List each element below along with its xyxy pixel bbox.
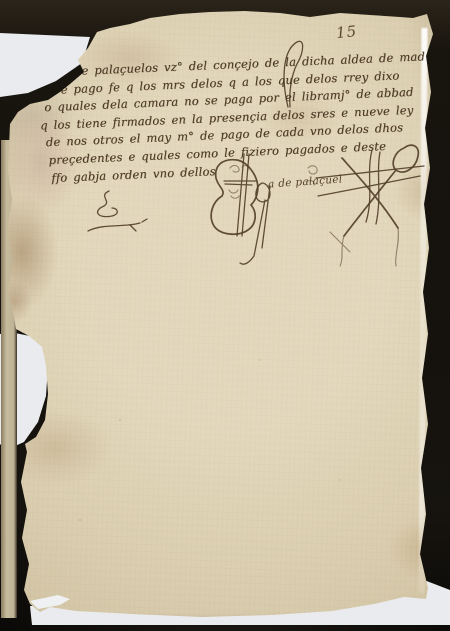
handwritten-text-block: de palaçuelos vz° del conçejo de la dich… [38,48,447,188]
manuscript-page: 15 de palaçuelos vz° del conçejo de la d… [0,0,450,631]
manuscript-photo: 15 de palaçuelos vz° del conçejo de la d… [0,0,450,631]
folio-number: 15 [335,22,358,42]
z-flourish-icon [88,191,147,231]
center-flourish-icon [240,183,270,264]
